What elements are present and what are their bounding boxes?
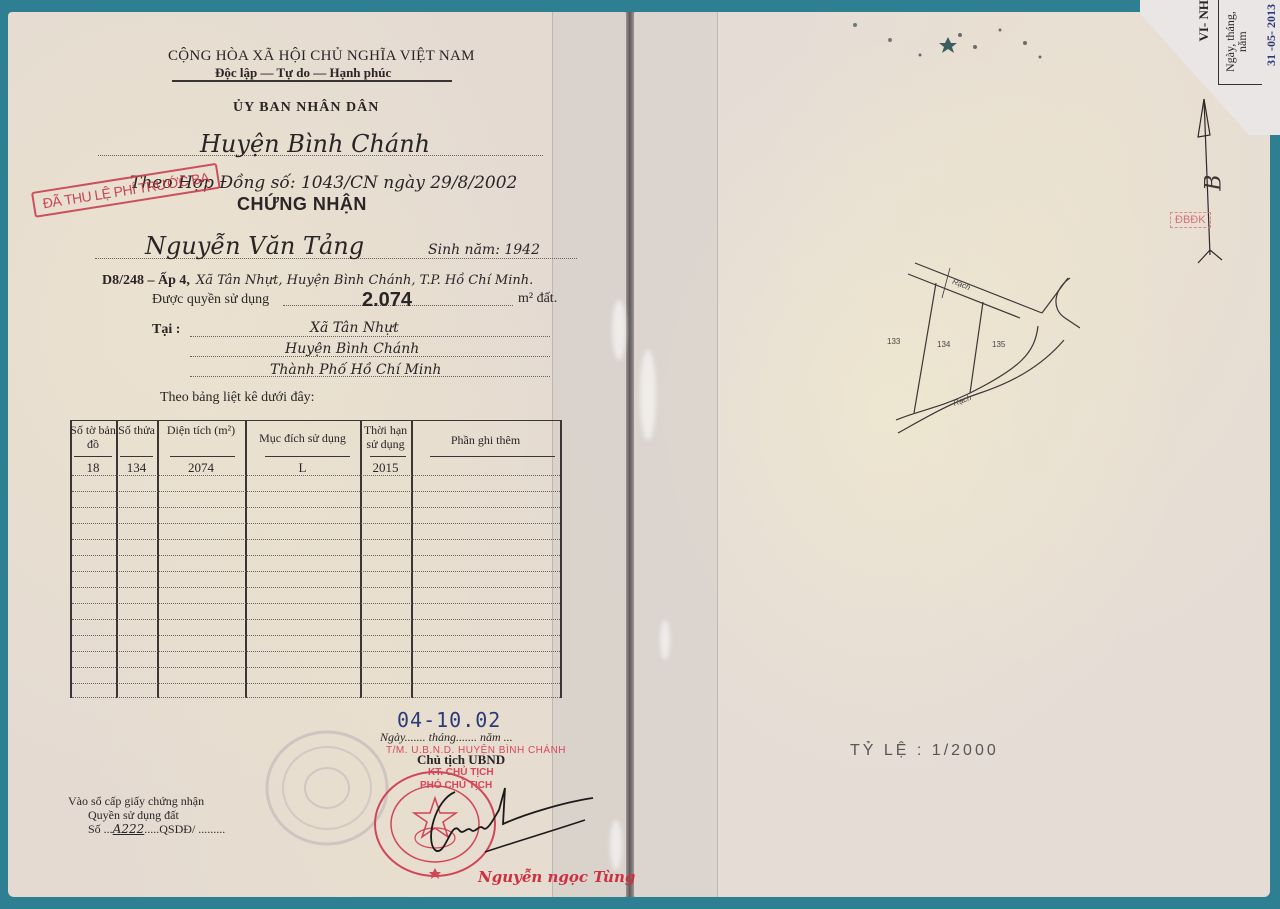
header-rule [170, 456, 235, 457]
parcel-label: 135 [992, 340, 1005, 349]
note-date: 31 -05- 2013 [1264, 4, 1279, 66]
header-rule [74, 456, 112, 457]
row-line [72, 603, 560, 604]
cell-term: 2015 [360, 460, 411, 476]
cell-parcel: 134 [116, 460, 157, 476]
registry-number: A222 [113, 822, 145, 836]
parcel-label: 134 [937, 340, 950, 349]
column-header-map-sheet: Số tờ bản đồ [70, 423, 116, 451]
column-line [411, 421, 413, 698]
header-rule [120, 456, 153, 457]
cell-area: 2074 [157, 460, 245, 476]
usage-label: Được quyền sử dụng [152, 292, 269, 308]
parcel-sketch-map [880, 258, 1080, 438]
column-header-parcel: Số thửa [116, 423, 157, 437]
certificate-title: CHỨNG NHẬN [237, 194, 367, 215]
motto: Độc lập — Tự do — Hạnh phúc [215, 65, 391, 81]
column-header-term: Thời hạn sử dụng [360, 423, 411, 451]
country-heading: CỘNG HÒA XÃ HỘI CHỦ NGHĨA VIỆT NAM [168, 48, 475, 65]
registry-suffix: .....QSDĐ/ ......... [144, 822, 225, 836]
header-rule [265, 456, 350, 457]
birth-year: Sinh năm: 1942 [428, 242, 540, 258]
note-title: VI- NH [1196, 0, 1212, 42]
right-page [634, 12, 1270, 897]
row-line [72, 587, 560, 588]
district-name: Huyện Bình Chánh [200, 130, 430, 158]
registry-line3: Số ...A222.....QSDĐ/ ......... [88, 822, 225, 837]
owner-name: Nguyễn Văn Tảng [145, 232, 364, 260]
registry-line1: Vào sổ cấp giấy chứng nhận [68, 794, 204, 809]
chair-label: Chủ tịch UBND [417, 752, 505, 768]
area-value: 2.074 [362, 289, 412, 312]
location-label: Tại : [152, 322, 180, 338]
location-city: Thành Phố Hồ Chí Minh [270, 362, 441, 378]
row-line [72, 683, 560, 684]
registry-line2: Quyền sử dụng đất [88, 808, 179, 823]
date-stamp: 04-10.02 [397, 708, 501, 732]
address-prefix: D8/248 – Ấp 4, [102, 273, 190, 289]
column-header-area: Diện tích (m²) [157, 423, 245, 437]
row-line [72, 507, 560, 508]
row-line [72, 571, 560, 572]
column-line [560, 421, 562, 698]
registry-prefix: Số ... [88, 822, 113, 836]
location-district: Huyện Bình Chánh [285, 341, 419, 357]
location-commune: Xã Tân Nhựt [310, 320, 399, 336]
cell-map-sheet: 18 [70, 460, 116, 476]
cell-purpose: L [245, 460, 360, 476]
signature-icon [415, 780, 605, 870]
date-label: Ngày....... tháng....... năm ... [380, 730, 513, 745]
parcel-label: 133 [887, 337, 900, 346]
left-binding-tape [552, 12, 626, 897]
glare [640, 350, 656, 440]
column-header-purpose: Mục đích sử dụng [245, 431, 360, 445]
header-rule [370, 456, 406, 457]
row-line [72, 555, 560, 556]
glare [660, 620, 670, 660]
map-scale: TỶ LỆ : 1/2000 [850, 742, 999, 760]
glare [610, 820, 622, 870]
row-line [72, 635, 560, 636]
dotted-line [190, 336, 550, 337]
signer-name: Nguyễn ngọc Tùng [478, 868, 635, 886]
note-date-label: Ngày, tháng, năm [1224, 4, 1254, 80]
parcel-table: Số tờ bản đồ Số thửa Diện tích (m²) Mục … [70, 420, 562, 698]
row-line [72, 523, 560, 524]
committee-heading: ỦY BAN NHÂN DÂN [233, 100, 379, 116]
glare [612, 300, 626, 360]
list-label: Theo bảng liệt kê dưới đây: [160, 390, 315, 406]
row-line [72, 491, 560, 492]
row-line [72, 697, 560, 698]
row-line [72, 475, 560, 476]
small-red-stamp: ĐBĐK [1170, 212, 1211, 228]
area-unit: m² đất. [518, 291, 557, 307]
row-line [72, 667, 560, 668]
row-line [72, 539, 560, 540]
surface-specks [830, 15, 1050, 75]
column-header-notes: Phần ghi thêm [411, 433, 560, 447]
right-binding-tape [634, 12, 718, 897]
spine [626, 12, 634, 897]
header-rule [172, 80, 452, 82]
north-label: B [1202, 174, 1227, 190]
header-rule [430, 456, 555, 457]
row-line [72, 619, 560, 620]
row-line [72, 651, 560, 652]
address: Xã Tân Nhựt, Huyện Bình Chánh, T.P. Hồ C… [196, 273, 533, 288]
